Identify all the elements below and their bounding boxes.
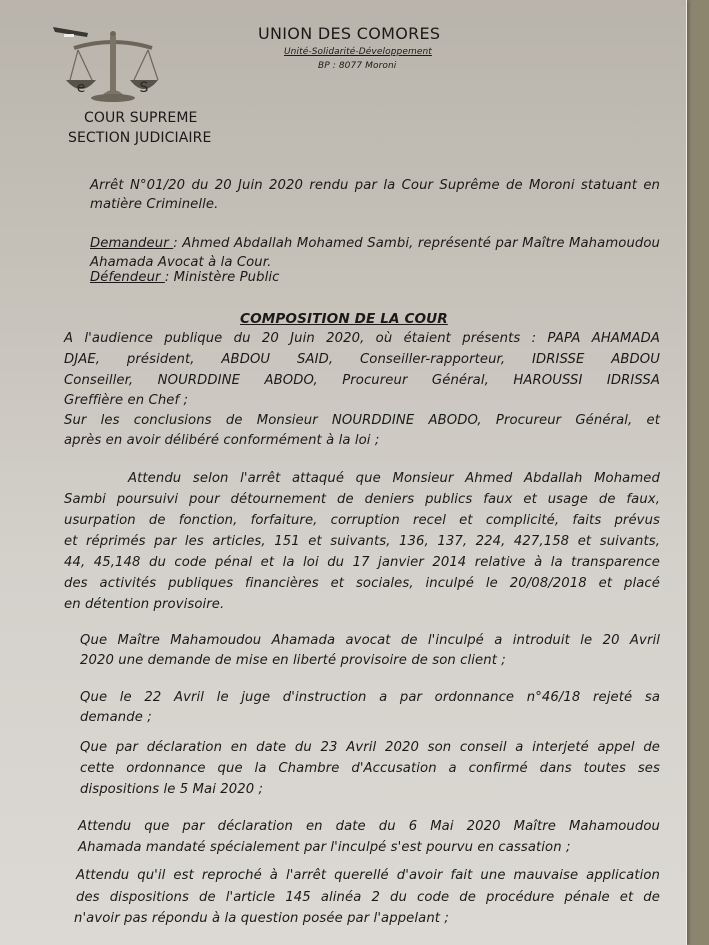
- body-line: Attendu selon l'arrêt attaqué que Monsie…: [128, 469, 660, 489]
- composition-heading: COMPOSITION DE LA COUR: [240, 309, 448, 329]
- body-line: Ahamada mandaté spécialement par l'incul…: [78, 838, 571, 858]
- decision-title-line: Arrêt N°01/20 du 20 Juin 2020 rendu par …: [90, 176, 660, 196]
- body-line: Que Maître Mahamoudou Ahamada avocat de …: [80, 631, 660, 651]
- country-heading: UNION DES COMORES: [258, 24, 440, 44]
- plaintiff-line: Demandeur : Ahmed Abdallah Mohamed Sambi…: [90, 234, 660, 254]
- defendant-label: Défendeur: [90, 270, 165, 285]
- composition-line: DJAE, président, ABDOU SAID, Conseiller-…: [64, 350, 660, 370]
- body-line: dispositions le 5 Mai 2020 ;: [80, 780, 263, 800]
- court-name: COUR SUPREME: [84, 108, 198, 128]
- body-line: et réprimés par les articles, 151 et sui…: [64, 532, 660, 552]
- body-line: n'avoir pas répondu à la question posée …: [74, 909, 449, 929]
- body-line: en détention provisoire.: [64, 595, 660, 615]
- svg-text:e: e: [77, 80, 86, 96]
- composition-line: après en avoir délibéré conformément à l…: [64, 431, 660, 451]
- body-line: Attendu que par déclaration en date du 6…: [78, 817, 660, 837]
- body-line: Que le 22 Avril le juge d'instruction a …: [80, 688, 660, 708]
- composition-line: Greffière en Chef ;: [64, 391, 660, 411]
- composition-line: Sur les conclusions de Monsieur NOURDDIN…: [64, 411, 660, 431]
- document-page: e S UNION DES COMORES Unité-Solidarité-D…: [0, 0, 687, 945]
- body-line: des dispositions de l'article 145 alinéa…: [76, 888, 660, 908]
- body-line: Attendu qu'il est reproché à l'arrêt que…: [76, 866, 660, 886]
- postal-box: BP : 8077 Moroni: [318, 60, 396, 72]
- composition-line: Conseiller, NOURDDINE ABODO, Procureur G…: [64, 371, 660, 391]
- body-line: usurpation de fonction, forfaiture, corr…: [64, 511, 660, 531]
- body-line: des activités publiques financières et s…: [64, 574, 660, 594]
- body-line: Sambi poursuivi pour détournement de den…: [64, 490, 660, 510]
- court-section: SECTION JUDICIAIRE: [68, 128, 211, 148]
- body-line: 44, 45,148 du code pénal et la loi du 17…: [64, 553, 660, 573]
- scales-of-justice-icon: e S: [40, 14, 180, 104]
- defendant-line: Défendeur : Ministère Public: [90, 268, 660, 288]
- decision-title-line: matière Criminelle.: [90, 195, 660, 215]
- defendant-value: : Ministère Public: [165, 270, 280, 285]
- body-line: Que par déclaration en date du 23 Avril …: [80, 738, 660, 758]
- national-motto: Unité-Solidarité-Développement: [284, 46, 432, 58]
- body-line: 2020 une demande de mise en liberté prov…: [80, 651, 676, 671]
- svg-text:S: S: [140, 80, 149, 96]
- body-line: demande ;: [80, 708, 152, 728]
- body-line: cette ordonnance que la Chambre d'Accusa…: [80, 759, 660, 779]
- plaintiff-label: Demandeur: [90, 236, 173, 251]
- plaintiff-value: : Ahmed Abdallah Mohamed Sambi, représen…: [173, 236, 660, 251]
- composition-line: A l'audience publique du 20 Juin 2020, o…: [64, 329, 660, 349]
